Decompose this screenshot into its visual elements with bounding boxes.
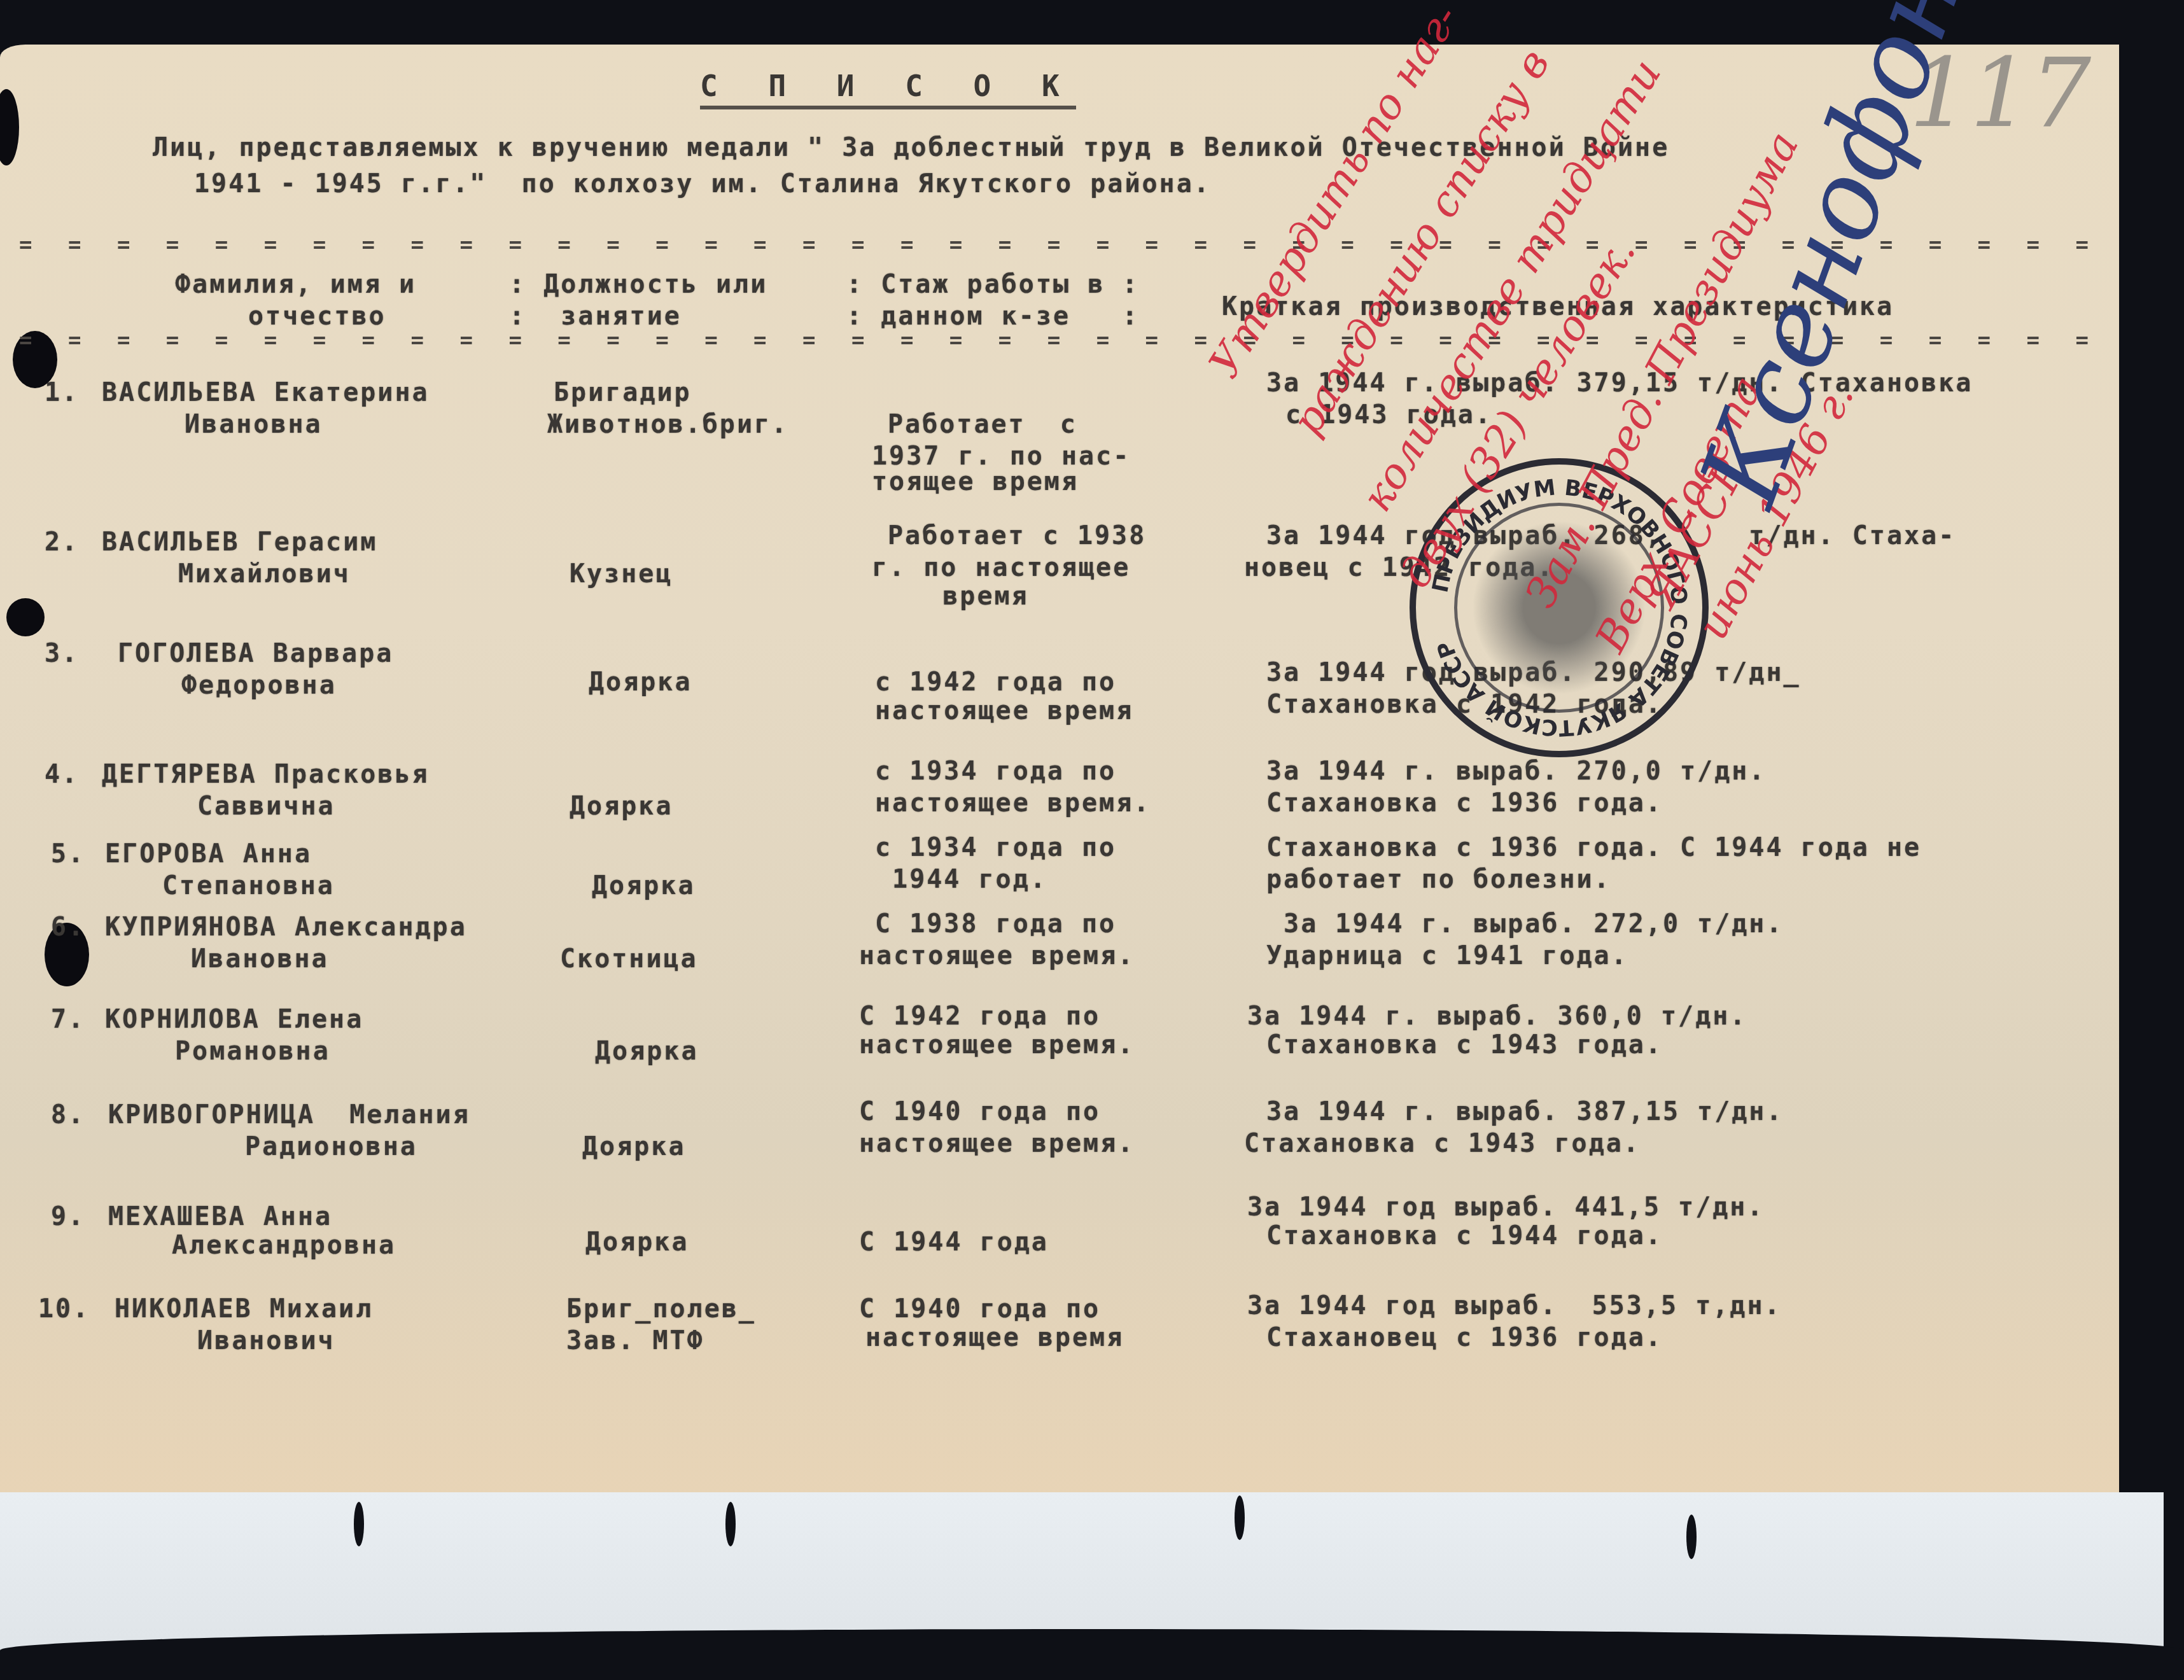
row-number: 8. bbox=[51, 1098, 85, 1132]
row-patronymic: Романовна bbox=[175, 1034, 330, 1068]
scanner-background bbox=[0, 1629, 2184, 1680]
row-stazh: настоящее время. bbox=[859, 1028, 1135, 1062]
row-number: 1. bbox=[45, 375, 79, 410]
row-patronymic: Александровна bbox=[172, 1228, 396, 1263]
row-stazh: Работает с 1938 bbox=[888, 519, 1146, 553]
row-stazh: время bbox=[891, 579, 1029, 613]
row-number: 6. bbox=[51, 910, 85, 944]
row-patronymic: Степановна bbox=[162, 869, 335, 903]
row-position: Доярка bbox=[592, 869, 696, 903]
row-stazh: настоящее время. bbox=[859, 1126, 1135, 1161]
row-characteristic: Ударница с 1941 года. bbox=[1266, 939, 1628, 973]
row-surname: КРИВОГОРНИЦА Мелания bbox=[108, 1098, 470, 1132]
subtitle-line-2: 1941 - 1945 г.г." по колхозу им. Сталина… bbox=[194, 167, 1211, 201]
punch-slit bbox=[725, 1502, 736, 1546]
row-surname: КУПРИЯНОВА Александра bbox=[105, 910, 467, 944]
row-number: 10. bbox=[38, 1292, 90, 1326]
row-stazh: настоящее время bbox=[865, 1320, 1124, 1355]
row-characteristic: За 1944 год выраб. 553,5 т,дн. bbox=[1247, 1289, 1782, 1323]
row-characteristic: Стахановка с 1944 года. bbox=[1266, 1219, 1663, 1253]
row-stazh: настоящее время. bbox=[859, 939, 1135, 973]
row-characteristic: Стахановка с 1936 года. С 1944 года не bbox=[1266, 830, 1921, 865]
punch-slit bbox=[1686, 1515, 1697, 1559]
row-position: Доярка bbox=[570, 789, 673, 823]
col-header-position-2: : занятие bbox=[509, 299, 682, 333]
row-surname: ВАСИЛЬЕВА Екатерина bbox=[102, 375, 430, 410]
row-position: Доярка bbox=[582, 1130, 686, 1164]
row-patronymic: Ивановна bbox=[191, 942, 329, 976]
row-position: Доярка bbox=[595, 1034, 699, 1068]
col-header-name-2: отчество bbox=[248, 299, 386, 333]
row-patronymic: Федоровна bbox=[181, 668, 337, 703]
row-characteristic: За 1944 г. выраб. 270,0 т/дн. bbox=[1266, 754, 1766, 788]
row-number: 5. bbox=[51, 837, 85, 871]
row-surname: ГОГОЛЕВА Варвара bbox=[118, 636, 393, 671]
document-title: С П И С О К bbox=[700, 69, 1076, 109]
row-position: Бригадир bbox=[554, 375, 692, 410]
col-header-name-1: Фамилия, имя и bbox=[175, 267, 416, 302]
row-characteristic: За 1944 г. выраб. 379,15 т/дн. Стахановк… bbox=[1266, 366, 1973, 400]
row-characteristic: Стахановка с 1943 года. bbox=[1266, 1028, 1663, 1062]
row-characteristic: За 1944 г. выраб. 387,15 т/дн. bbox=[1266, 1095, 1783, 1129]
row-characteristic: Стахановка с 1936 года. bbox=[1266, 786, 1663, 820]
col-header-stazh-1: : Стаж работы в : bbox=[846, 267, 1139, 302]
row-stazh: с 1934 года по bbox=[875, 830, 1116, 865]
row-stazh: С 1938 года по bbox=[875, 907, 1116, 941]
row-patronymic: Ивановна bbox=[185, 407, 323, 442]
row-position: Доярка bbox=[589, 665, 692, 699]
row-patronymic: Михайлович bbox=[178, 557, 351, 591]
row-surname: НИКОЛАЕВ Михаил bbox=[115, 1292, 373, 1326]
punch-slit bbox=[354, 1502, 364, 1546]
row-surname: КОРНИЛОВА Елена bbox=[105, 1002, 363, 1037]
row-stazh: тоящее время bbox=[872, 465, 1079, 499]
binding-hole bbox=[6, 598, 45, 636]
row-characteristic: За 1944 г. выраб. 272,0 т/дн. bbox=[1266, 907, 1783, 941]
row-number: 7. bbox=[51, 1002, 85, 1037]
row-position: Зав. МТФ bbox=[566, 1324, 704, 1358]
row-stazh: настоящее время. bbox=[875, 786, 1151, 820]
row-number: 9. bbox=[51, 1200, 85, 1234]
row-surname: ЕГОРОВА Анна bbox=[105, 837, 312, 871]
row-number: 2. bbox=[45, 525, 79, 559]
row-patronymic: Радионовна bbox=[245, 1130, 417, 1164]
col-header-position-1: : Должность или bbox=[509, 267, 767, 302]
col-header-stazh-2: : данном к-зе : bbox=[846, 299, 1139, 333]
row-patronymic: Иванович bbox=[197, 1324, 335, 1358]
row-characteristic: работает по болезни. bbox=[1266, 862, 1611, 897]
row-stazh: С 1940 года по bbox=[859, 1095, 1100, 1129]
row-position: Кузнец bbox=[570, 557, 673, 591]
row-stazh: настоящее время bbox=[875, 694, 1133, 728]
row-stazh: С 1944 года bbox=[859, 1225, 1049, 1259]
row-stazh: Работает с bbox=[888, 407, 1077, 442]
row-characteristic: Стахановка с 1943 года. bbox=[1244, 1126, 1641, 1161]
row-number: 4. bbox=[45, 757, 79, 792]
row-number: 3. bbox=[45, 636, 79, 671]
row-surname: ДЕГТЯРЕВА Прасковья bbox=[102, 757, 430, 792]
row-position: Бриг_полев_ bbox=[566, 1292, 756, 1326]
row-position: Животнов.бриг. bbox=[547, 407, 788, 442]
punch-slit bbox=[1235, 1495, 1245, 1540]
row-position: Скотница bbox=[560, 942, 698, 976]
row-surname: ВАСИЛЬЕВ Герасим bbox=[102, 525, 377, 559]
row-position: Доярка bbox=[585, 1225, 689, 1259]
row-stazh: с 1934 года по bbox=[875, 754, 1116, 788]
row-characteristic: Стахановец с 1936 года. bbox=[1266, 1320, 1663, 1355]
subtitle-line-1: Лиц, представляемых к вручению медали " … bbox=[153, 130, 1669, 165]
row-patronymic: Саввична bbox=[197, 789, 335, 823]
row-stazh: 1944 год. bbox=[875, 862, 1047, 897]
